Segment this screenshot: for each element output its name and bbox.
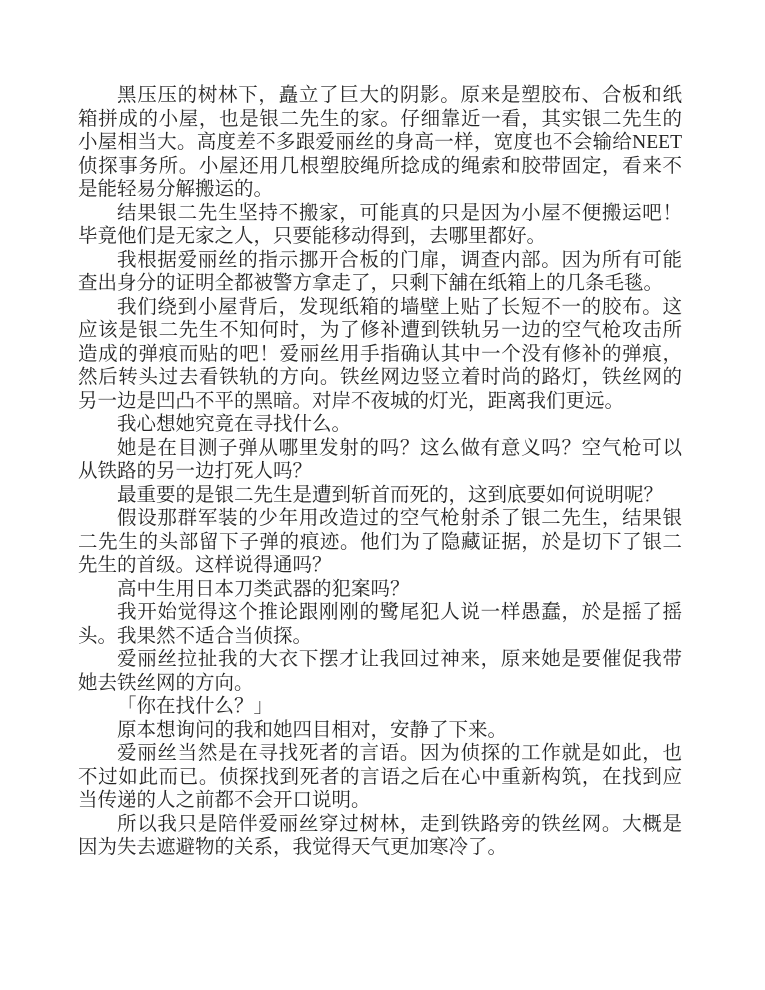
paragraph: 爱丽丝拉扯我的大衣下摆才让我回过神来，原来她是要催促我带她去铁丝网的方向。 xyxy=(78,648,682,695)
paragraph: 我根据爱丽丝的指示挪开合板的门扉，调查内部。因为所有可能查出身分的证明全都被警方… xyxy=(78,249,682,296)
paragraph: 高中生用日本刀类武器的犯案吗？ xyxy=(78,578,682,602)
paragraph: 最重要的是银二先生是遭到斩首而死的，这到底要如何说明呢？ xyxy=(78,484,682,508)
paragraph: 假设那群军装的少年用改造过的空气枪射杀了银二先生，结果银二先生的头部留下子弹的痕… xyxy=(78,507,682,578)
paragraph: 我们绕到小屋背后，发现纸箱的墙壁上贴了长短不一的胶布。这应该是银二先生不知何时，… xyxy=(78,296,682,414)
text-block: 黑压压的树林下，矗立了巨大的阴影。原来是塑胶布、合板和纸箱拼成的小屋，也是银二先… xyxy=(78,84,682,860)
paragraph: 我心想她究竟在寻找什么。 xyxy=(78,413,682,437)
paragraph: 爱丽丝当然是在寻找死者的言语。因为侦探的工作就是如此，也不过如此而已。侦探找到死… xyxy=(78,742,682,813)
paragraph: 结果银二先生坚持不搬家，可能真的只是因为小屋不便搬运吧！毕竟他们是无家之人，只要… xyxy=(78,202,682,249)
paragraph: 所以我只是陪伴爱丽丝穿过树林，走到铁路旁的铁丝网。大概是因为失去遮避物的关系，我… xyxy=(78,813,682,860)
document-page: 黑压压的树林下，矗立了巨大的阴影。原来是塑胶布、合板和纸箱拼成的小屋，也是银二先… xyxy=(0,0,765,990)
paragraph: 黑压压的树林下，矗立了巨大的阴影。原来是塑胶布、合板和纸箱拼成的小屋，也是银二先… xyxy=(78,84,682,202)
paragraph: 原本想询问的我和她四目相对，安静了下来。 xyxy=(78,719,682,743)
paragraph-dialogue: 「你在找什么？」 xyxy=(78,695,682,719)
paragraph: 我开始觉得这个推论跟刚刚的鹭尾犯人说一样愚蠢，於是摇了摇头。我果然不适合当侦探。 xyxy=(78,601,682,648)
paragraph: 她是在目测子弹从哪里发射的吗？这么做有意义吗？空气枪可以从铁路的另一边打死人吗？ xyxy=(78,437,682,484)
